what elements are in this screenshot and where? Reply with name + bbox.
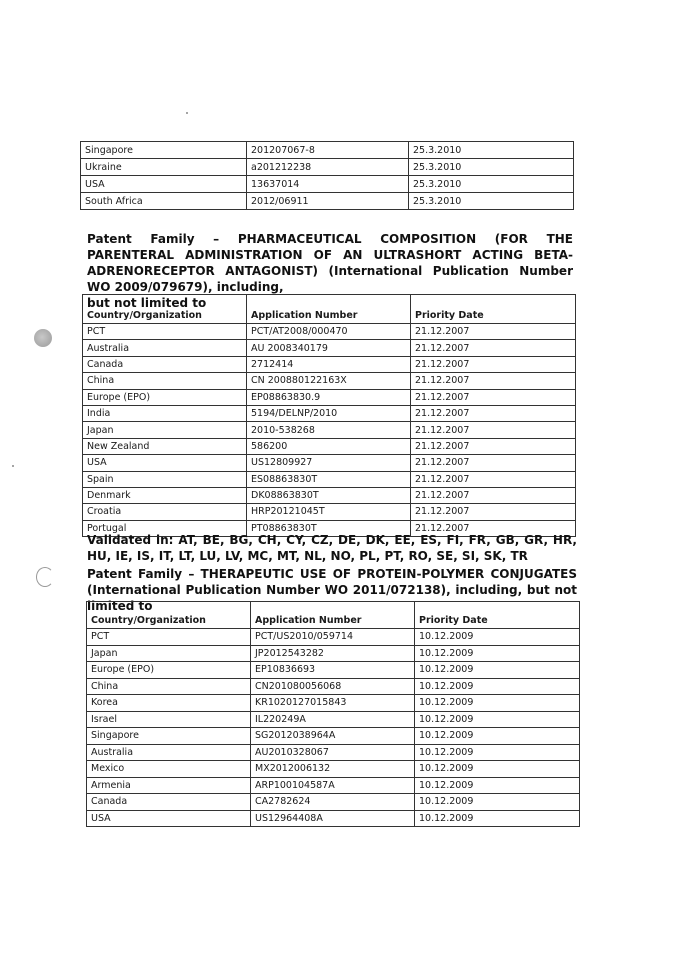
country-cell: Korea [87,695,251,712]
column-header-priority-date: Priority Date [411,295,576,324]
application-number-cell: SG2012038964A [251,728,415,745]
table-row: SingaporeSG2012038964A10.12.2009 [87,728,580,745]
priority-date-cell: 10.12.2009 [415,695,580,712]
country-cell: Canada [83,356,247,372]
priority-date-cell: 10.12.2009 [415,777,580,794]
country-cell: Europe (EPO) [87,662,251,679]
country-cell: Australia [83,340,247,356]
application-number-cell: JP2012543282 [251,645,415,662]
application-number-cell: AU 2008340179 [247,340,411,356]
priority-date-cell: 21.12.2007 [411,487,576,503]
table-row: PCTPCT/US2010/05971410.12.2009 [87,629,580,646]
application-number-cell: 2012/06911 [247,193,409,210]
country-cell: USA [87,810,251,827]
scan-speck [186,112,188,114]
table-row: CroatiaHRP20121045T21.12.2007 [83,504,576,520]
country-cell: PCT [83,324,247,340]
patent-family-1-table: Country/Organization Application Number … [82,294,576,537]
table-row: PCTPCT/AT2008/00047021.12.2007 [83,324,576,340]
application-number-cell: KR1020127015843 [251,695,415,712]
priority-date-cell: 21.12.2007 [411,373,576,389]
table-row: KoreaKR102012701584310.12.2009 [87,695,580,712]
application-number-cell: 201207067-8 [247,142,409,159]
application-number-cell: ARP100104587A [251,777,415,794]
priority-date-cell: 25.3.2010 [409,159,574,176]
table-row: SpainES08863830T21.12.2007 [83,471,576,487]
patent-family-2-table: Country/Organization Application Number … [86,601,580,827]
application-number-cell: DK08863830T [247,487,411,503]
application-number-cell: 13637014 [247,176,409,193]
priority-date-cell: 21.12.2007 [411,504,576,520]
table-row: Ukrainea20121223825.3.2010 [81,159,574,176]
scan-speck [12,465,14,467]
application-number-cell: PCT/US2010/059714 [251,629,415,646]
country-cell: China [83,373,247,389]
validated-countries: Validated in: AT, BE, BG, CH, CY, CZ, DE… [87,532,577,564]
country-cell: Japan [87,645,251,662]
table-row: IsraelIL220249A10.12.2009 [87,711,580,728]
priority-date-cell: 10.12.2009 [415,728,580,745]
heading-text: Patent Family – PHARMACEUTICAL COMPOSITI… [87,231,573,295]
application-number-cell: HRP20121045T [247,504,411,520]
column-header-priority-date: Priority Date [415,602,580,629]
application-number-cell: 2010-538268 [247,422,411,438]
column-header-country: Country/Organization [83,295,247,324]
country-cell: Singapore [81,142,247,159]
country-cell: Denmark [83,487,247,503]
table-row: South Africa2012/0691125.3.2010 [81,193,574,210]
country-cell: Israel [87,711,251,728]
priority-date-cell: 10.12.2009 [415,744,580,761]
continued-patent-table: Singapore201207067-825.3.2010Ukrainea201… [80,141,574,210]
table-row: CanadaCA278262410.12.2009 [87,794,580,811]
application-number-cell: EP10836693 [251,662,415,679]
country-cell: Europe (EPO) [83,389,247,405]
priority-date-cell: 21.12.2007 [411,389,576,405]
priority-date-cell: 10.12.2009 [415,629,580,646]
column-header-application-number: Application Number [247,295,411,324]
table-row: ChinaCN20108005606810.12.2009 [87,678,580,695]
table-row: Singapore201207067-825.3.2010 [81,142,574,159]
priority-date-cell: 25.3.2010 [409,176,574,193]
priority-date-cell: 21.12.2007 [411,340,576,356]
priority-date-cell: 21.12.2007 [411,438,576,454]
table-row: USAUS1280992721.12.2007 [83,455,576,471]
table-row: DenmarkDK08863830T21.12.2007 [83,487,576,503]
table-row: Europe (EPO)EP1083669310.12.2009 [87,662,580,679]
table-row: ArmeniaARP100104587A10.12.2009 [87,777,580,794]
application-number-cell: US12809927 [247,455,411,471]
application-number-cell: AU2010328067 [251,744,415,761]
country-cell: Japan [83,422,247,438]
country-cell: Ukraine [81,159,247,176]
priority-date-cell: 21.12.2007 [411,422,576,438]
application-number-cell: PCT/AT2008/000470 [247,324,411,340]
country-cell: Spain [83,471,247,487]
application-number-cell: IL220249A [251,711,415,728]
priority-date-cell: 21.12.2007 [411,356,576,372]
application-number-cell: MX2012006132 [251,761,415,778]
application-number-cell: 586200 [247,438,411,454]
table-row: MexicoMX201200613210.12.2009 [87,761,580,778]
country-cell: Singapore [87,728,251,745]
priority-date-cell: 10.12.2009 [415,678,580,695]
application-number-cell: EP08863830.9 [247,389,411,405]
table-row: New Zealand58620021.12.2007 [83,438,576,454]
application-number-cell: CN201080056068 [251,678,415,695]
priority-date-cell: 10.12.2009 [415,761,580,778]
table-row: AustraliaAU201032806710.12.2009 [87,744,580,761]
priority-date-cell: 25.3.2010 [409,142,574,159]
country-cell: Armenia [87,777,251,794]
table-row: India5194/DELNP/201021.12.2007 [83,405,576,421]
application-number-cell: a201212238 [247,159,409,176]
priority-date-cell: 10.12.2009 [415,711,580,728]
application-number-cell: ES08863830T [247,471,411,487]
priority-date-cell: 25.3.2010 [409,193,574,210]
country-cell: USA [83,455,247,471]
application-number-cell: CN 200880122163X [247,373,411,389]
application-number-cell: CA2782624 [251,794,415,811]
country-cell: Australia [87,744,251,761]
table-header-row: Country/Organization Application Number … [87,602,580,629]
table-row: Europe (EPO)EP08863830.921.12.2007 [83,389,576,405]
priority-date-cell: 10.12.2009 [415,662,580,679]
punch-hole-mark [36,567,54,587]
country-cell: Canada [87,794,251,811]
priority-date-cell: 21.12.2007 [411,405,576,421]
priority-date-cell: 21.12.2007 [411,471,576,487]
country-cell: PCT [87,629,251,646]
country-cell: New Zealand [83,438,247,454]
country-cell: India [83,405,247,421]
application-number-cell: US12964408A [251,810,415,827]
application-number-cell: 2712414 [247,356,411,372]
punch-hole-mark [34,329,52,347]
priority-date-cell: 10.12.2009 [415,794,580,811]
country-cell: China [87,678,251,695]
country-cell: Mexico [87,761,251,778]
table-row: JapanJP201254328210.12.2009 [87,645,580,662]
country-cell: Croatia [83,504,247,520]
application-number-cell: 5194/DELNP/2010 [247,405,411,421]
table-row: Canada271241421.12.2007 [83,356,576,372]
country-cell: South Africa [81,193,247,210]
column-header-application-number: Application Number [251,602,415,629]
table-row: USA1363701425.3.2010 [81,176,574,193]
priority-date-cell: 10.12.2009 [415,810,580,827]
table-row: ChinaCN 200880122163X21.12.2007 [83,373,576,389]
country-cell: USA [81,176,247,193]
priority-date-cell: 21.12.2007 [411,324,576,340]
priority-date-cell: 21.12.2007 [411,455,576,471]
table-header-row: Country/Organization Application Number … [83,295,576,324]
table-row: Japan2010-53826821.12.2007 [83,422,576,438]
table-row: USAUS12964408A10.12.2009 [87,810,580,827]
column-header-country: Country/Organization [87,602,251,629]
priority-date-cell: 10.12.2009 [415,645,580,662]
table-row: AustraliaAU 200834017921.12.2007 [83,340,576,356]
